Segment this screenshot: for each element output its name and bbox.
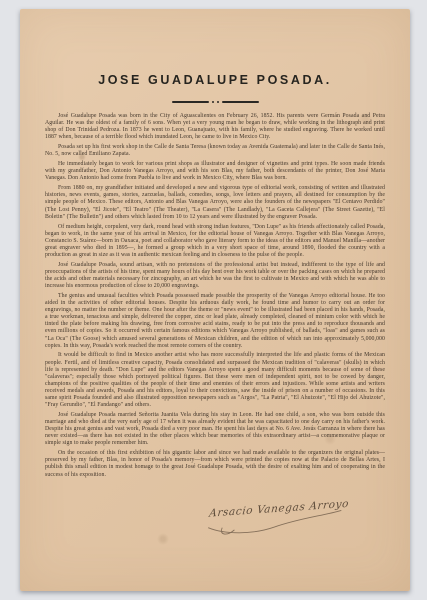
divider-dot xyxy=(217,101,219,103)
paragraph: José Guadalupe Posada was born in the Ci… xyxy=(45,113,385,141)
scan-background: JOSE GUADALUPE POSADA. José Guadalupe Po… xyxy=(0,0,427,600)
page-title: JOSE GUADALUPE POSADA. xyxy=(20,73,410,87)
paragraph: The genius and unusual faculties which P… xyxy=(45,293,385,350)
paragraph: He immediately began to work for various… xyxy=(45,161,385,182)
paragraph: Posada set up his first work shop in the… xyxy=(45,144,385,158)
divider-dot xyxy=(212,101,214,103)
paragraph: José Guadalupe Posada, sound artisan, wi… xyxy=(45,262,385,290)
paragraph: José Guadalupe Posada married Señorita J… xyxy=(45,412,385,447)
title-divider xyxy=(20,101,410,103)
document-page: JOSE GUADALUPE POSADA. José Guadalupe Po… xyxy=(20,9,410,591)
paragraph: On the occasion of this first exhibition… xyxy=(45,450,385,478)
paragraph: Of medium height, corpulent, very dark, … xyxy=(45,224,385,259)
divider-rule-right xyxy=(222,101,259,103)
document-body: José Guadalupe Posada was born in the Ci… xyxy=(45,113,385,481)
divider-rule-left xyxy=(172,101,209,103)
paragraph: From 1880 on, my grandfather initiated a… xyxy=(45,185,385,220)
signature: Arsacio Vanegas Arroyo xyxy=(209,492,372,551)
paragraph: It would be difficult to find in Mexico … xyxy=(45,352,385,409)
